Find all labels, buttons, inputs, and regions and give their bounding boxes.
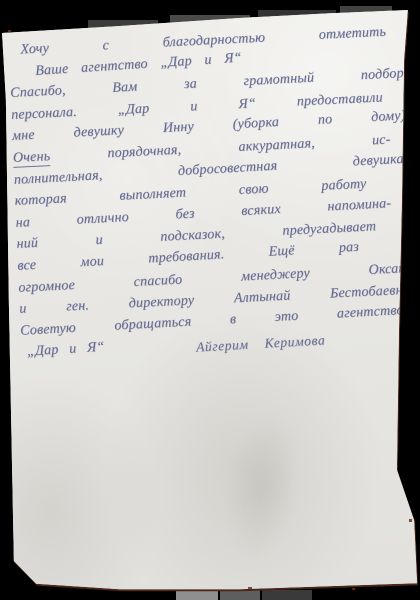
edge-speck [409,519,412,522]
paper-crease [202,384,323,590]
handwriting-block: Хочу с благодарностью отметитьВаше агент… [8,23,420,363]
compression-artifact [262,590,312,600]
edge-speck [352,588,355,590]
edge-speck [8,30,11,32]
underlined-word: Очень [13,149,51,168]
edge-speck [248,587,252,589]
paper: Хочу с благодарностью отметитьВаше агент… [0,0,420,600]
photo-frame: Хочу с благодарностью отметитьВаше агент… [0,0,420,600]
